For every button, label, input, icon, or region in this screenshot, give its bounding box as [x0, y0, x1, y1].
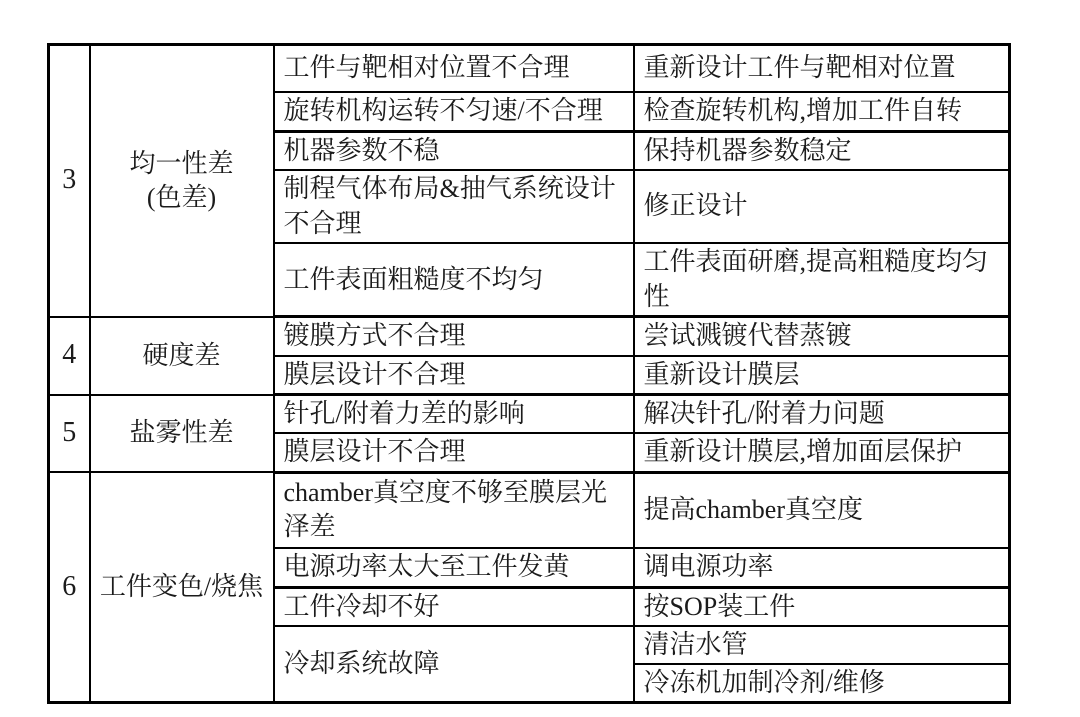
solution-cell: 重新设计膜层,增加面层保护: [634, 433, 1010, 472]
solution-cell: 尝试溅镀代替蒸镀: [634, 317, 1010, 356]
cause-cell: 镀膜方式不合理: [274, 317, 634, 356]
solution-cell: 提高chamber真空度: [634, 472, 1010, 548]
cause-cell: 冷却系统故障: [274, 626, 634, 703]
solution-cell: 保持机器参数稳定: [634, 132, 1010, 171]
cause-cell: 制程气体布局&抽气系统设计 不合理: [274, 170, 634, 243]
table-row: 5 盐雾性差 针孔/附着力差的影响 解决针孔/附着力问题: [49, 395, 1010, 434]
defect-name: 盐雾性差: [90, 395, 274, 473]
row-number: 3: [49, 45, 90, 317]
table-row: 6 工件变色/烧焦 chamber真空度不够至膜层光 泽差 提高chamber真…: [49, 472, 1010, 548]
row-number: 5: [49, 395, 90, 473]
solution-cell: 重新设计工件与靶相对位置: [634, 45, 1010, 92]
solution-cell: 冷冻机加制冷剂/维修: [634, 664, 1010, 703]
cause-cell: 机器参数不稳: [274, 132, 634, 171]
row-number: 6: [49, 472, 90, 703]
cause-cell: 针孔/附着力差的影响: [274, 395, 634, 434]
cause-cell: 工件冷却不好: [274, 587, 634, 626]
solution-cell: 重新设计膜层: [634, 356, 1010, 395]
solution-cell: 调电源功率: [634, 548, 1010, 587]
solution-cell: 工件表面研磨,提高粗糙度均匀 性: [634, 243, 1010, 317]
defect-cause-solution-table: 3 均一性差 (色差) 工件与靶相对位置不合理 重新设计工件与靶相对位置 旋转机…: [47, 43, 1011, 704]
cause-cell: 工件与靶相对位置不合理: [274, 45, 634, 92]
cause-cell: 膜层设计不合理: [274, 433, 634, 472]
solution-cell: 修正设计: [634, 170, 1010, 243]
solution-cell: 按SOP装工件: [634, 587, 1010, 626]
solution-cell: 检查旋转机构,增加工件自转: [634, 92, 1010, 132]
row-number: 4: [49, 317, 90, 395]
defect-name: 硬度差: [90, 317, 274, 395]
cause-cell: 旋转机构运转不匀速/不合理: [274, 92, 634, 132]
cause-cell: chamber真空度不够至膜层光 泽差: [274, 472, 634, 548]
table-row: 4 硬度差 镀膜方式不合理 尝试溅镀代替蒸镀: [49, 317, 1010, 356]
cause-cell: 膜层设计不合理: [274, 356, 634, 395]
solution-cell: 解决针孔/附着力问题: [634, 395, 1010, 434]
cause-cell: 电源功率太大至工件发黄: [274, 548, 634, 587]
defect-name: 工件变色/烧焦: [90, 472, 274, 703]
table-row: 3 均一性差 (色差) 工件与靶相对位置不合理 重新设计工件与靶相对位置: [49, 45, 1010, 92]
solution-cell: 清洁水管: [634, 626, 1010, 664]
cause-cell: 工件表面粗糙度不均匀: [274, 243, 634, 317]
defect-name: 均一性差 (色差): [90, 45, 274, 317]
